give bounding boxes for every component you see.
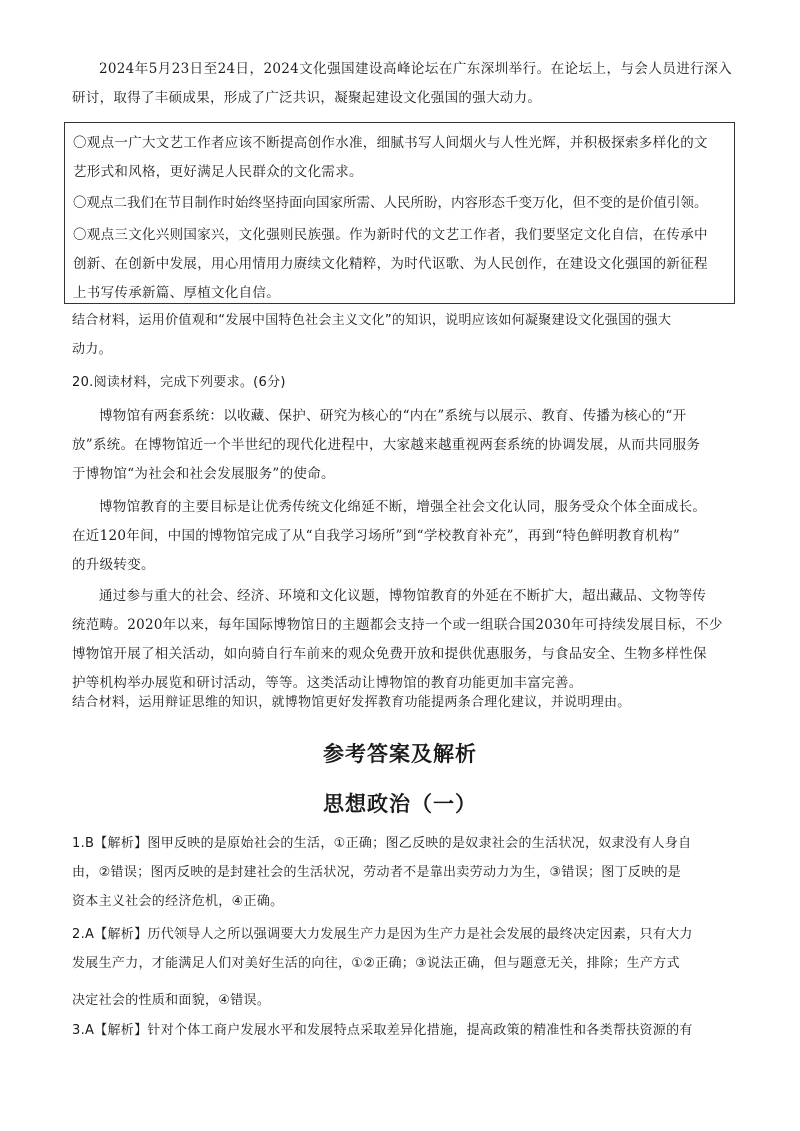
q20-title: 20.阅读材料，完成下列要求。(6分)	[72, 368, 732, 397]
q20-para-3: 通过参与重大的社会、经济、环境和文化议题，博物馆教育的外延在不断扩大，超出藏品、…	[72, 582, 732, 698]
answers-title: 参考答案及解析	[0, 738, 800, 768]
viewpoint-3: 〇观点三文化兴则国家兴，文化强则民族强。作为新时代的文艺工作者，我们要坚定文化自…	[73, 221, 728, 308]
material-intro: 2024年5月23日至24日，2024文化强国建设高峰论坛在广东深圳举行。在论坛…	[72, 55, 732, 113]
q20-para-1: 博物馆有两套系统：以收藏、保护、研究为核心的“内在”系统与以展示、教育、传播为核…	[72, 402, 732, 489]
document-page: 2024年5月23日至24日，2024文化强国建设高峰论坛在广东深圳举行。在论坛…	[0, 0, 800, 1131]
viewpoint-1: 〇观点一广大文艺工作者应该不断提高创作水准，细腻书写人间烟火与人性光辉，并积极探…	[73, 129, 728, 187]
q20-para-2: 博物馆教育的主要目标是让优秀传统文化绵延不断，增强全社会文化认同，服务受众个体全…	[72, 493, 732, 580]
q20-prompt: 结合材料，运用辩证思维的知识，就博物馆更好发挥教育功能提两条合理化建议，并说明理…	[72, 688, 732, 717]
answer-3: 3.A【解析】针对个体工商户发展水平和发展特点采取差异化措施，提高政策的精准性和…	[72, 1016, 732, 1045]
answer-1: 1.B【解析】图甲反映的是原始社会的生活，①正确；图乙反映的是奴隶社会的生活状况…	[72, 829, 732, 916]
answer-2: 2.A【解析】历代领导人之所以强调要大力发展生产力是因为生产力是社会发展的最终决…	[72, 920, 732, 1015]
viewpoint-2: 〇观点二我们在节目制作时始终坚持面向国家所需、人民所盼，内容形态千变万化，但不变…	[73, 189, 728, 218]
q19-prompt: 结合材料，运用价值观和“发展中国特色社会主义文化”的知识，说明应该如何凝聚建设文…	[72, 306, 732, 364]
viewpoints-box: 〇观点一广大文艺工作者应该不断提高创作水准，细腻书写人间烟火与人性光辉，并积极探…	[64, 122, 735, 304]
subject-title: 思想政治（一）	[0, 788, 800, 818]
